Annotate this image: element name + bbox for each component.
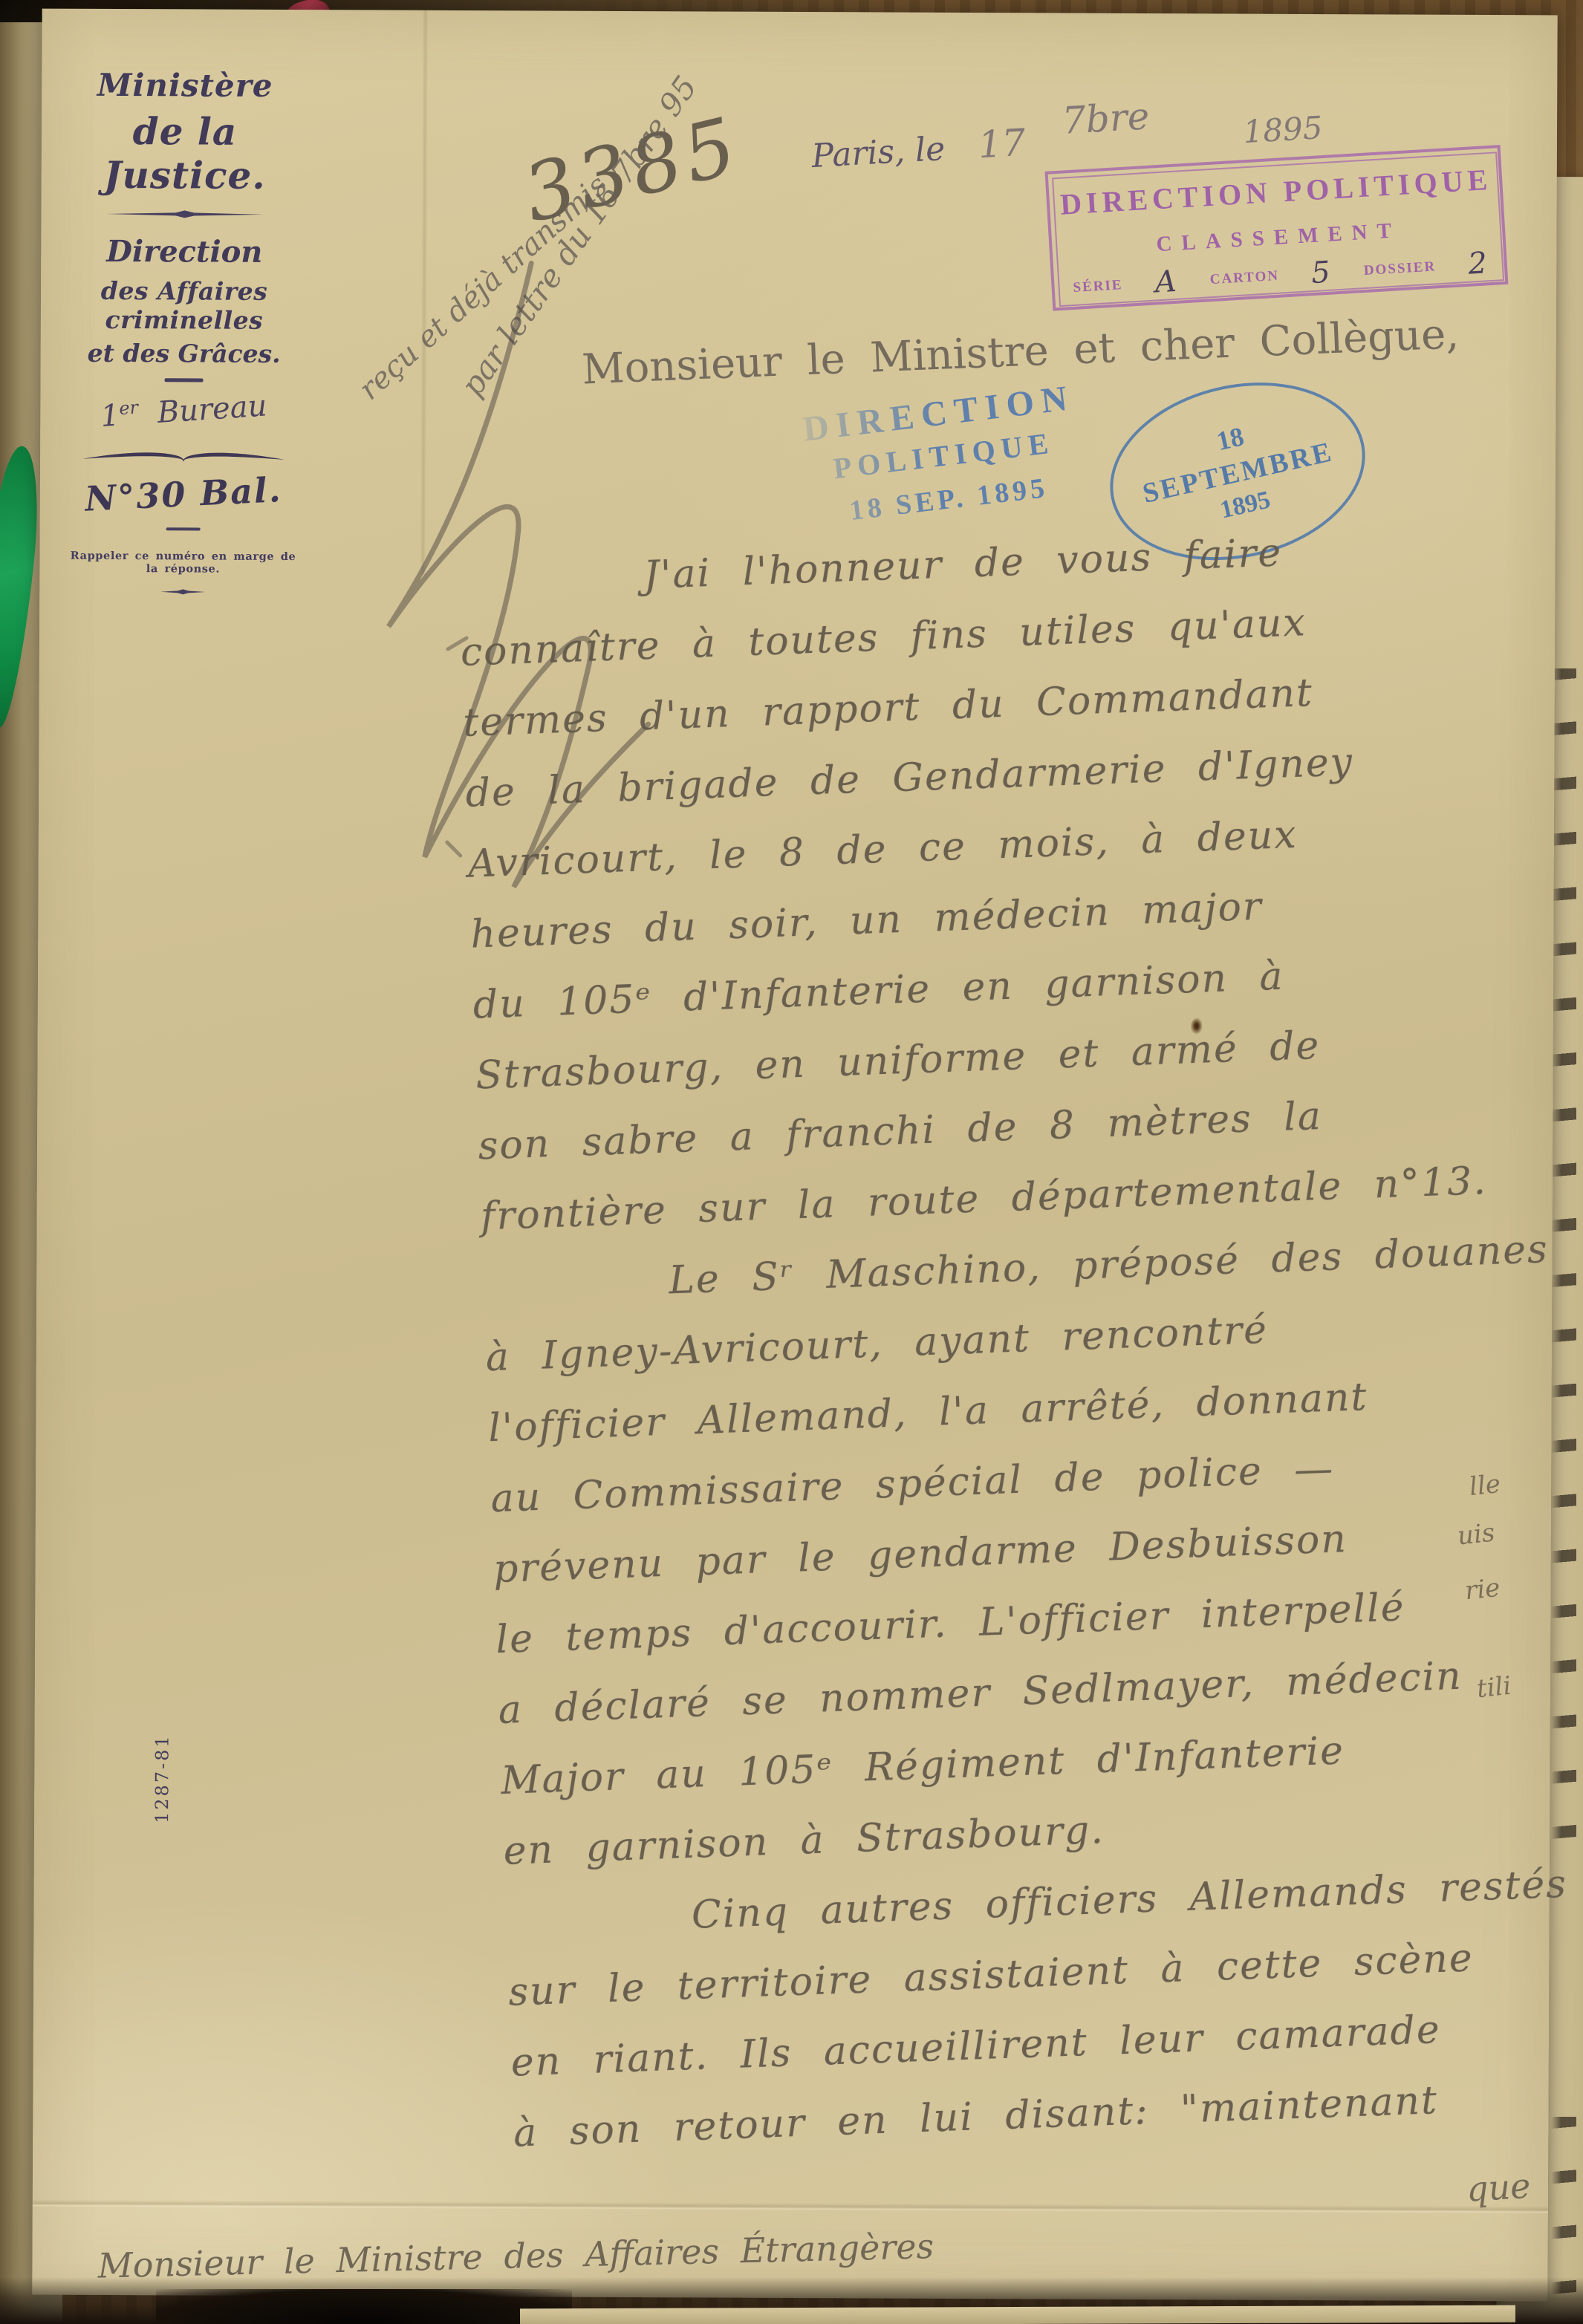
carton-value-handwritten: 5 — [1311, 264, 1333, 283]
dateline-year: 1895 — [1242, 109, 1323, 150]
bottom-dark-area — [156, 2289, 572, 2324]
swash-divider — [79, 447, 287, 467]
letter-body: J'ai l'honneur de vous faire connaître à… — [457, 519, 1583, 2181]
serie-value-handwritten: A — [1154, 273, 1178, 292]
classement-stamp-inner-border: DIRECTION POLITIQUE CLASSEMENT SÉRIE A C… — [1052, 152, 1504, 307]
dossier-reference-number: N°30 Bal. — [68, 469, 299, 520]
dossier-label: DOSSIER — [1363, 258, 1437, 279]
catchword: que — [1465, 2165, 1532, 2210]
bottom-page-sliver — [520, 2305, 1515, 2324]
letterhead: Ministère de la Justice. Direction des A… — [68, 67, 300, 599]
photograph-of-archival-letter: { "document": { "letterhead": { "ministr… — [0, 0, 1583, 2324]
bureau-word: Bureau — [156, 388, 267, 430]
ministry-title-line2: de la Justice. — [70, 109, 301, 198]
margin-fragment: tili — [1475, 1671, 1512, 1705]
classement-stamp-subtitle: CLASSEMENT — [1156, 218, 1402, 257]
classement-stamp-fields: SÉRIE A CARTON 5 DOSSIER 2 — [1073, 254, 1489, 296]
dateline-prefix: Paris, le — [810, 130, 946, 175]
printer-form-number: 1287-81 — [152, 1734, 173, 1823]
reference-reminder-note: Rappeler ce numéro en marge de la répons… — [68, 550, 298, 576]
letter-page: Ministère de la Justice. Direction des A… — [32, 9, 1557, 2302]
dash-divider-2 — [166, 528, 201, 531]
margin-fragment: uis — [1456, 1517, 1496, 1551]
serie-label: SÉRIE — [1073, 277, 1123, 296]
dateline-day: 17 — [977, 121, 1027, 167]
margin-fragment: rie — [1463, 1573, 1501, 1607]
dossier-value-handwritten: 2 — [1468, 254, 1489, 273]
diamond-divider — [105, 209, 264, 220]
classement-stamp: DIRECTION POLITIQUE CLASSEMENT SÉRIE A C… — [1044, 145, 1508, 311]
direction-line2: des Affaires criminelles — [69, 276, 299, 335]
classement-stamp-title: DIRECTION POLITIQUE — [1059, 162, 1493, 222]
bureau-ordinal-suffix: er — [118, 397, 138, 419]
bureau-handwritten: 1er Bureau — [68, 386, 299, 436]
direction-line3: et des Grâces. — [69, 339, 299, 368]
carton-label: CARTON — [1209, 268, 1279, 288]
small-diamond-divider — [160, 589, 206, 596]
oval-stamp-day: 18 — [1214, 420, 1246, 457]
ministry-title-line1: Ministère — [70, 67, 300, 104]
direction-politique-date-stamp: DIRECTION POLITIQUE 18 SEP. 1895 — [781, 375, 1106, 534]
margin-fragment: lle — [1468, 1469, 1502, 1502]
bureau-number: 1 — [100, 398, 120, 434]
dash-divider — [165, 378, 204, 382]
dateline-month: 7bre — [1061, 94, 1150, 143]
direction-line1: Direction — [69, 234, 299, 270]
paper-crease-horizontal — [33, 2200, 1548, 2214]
